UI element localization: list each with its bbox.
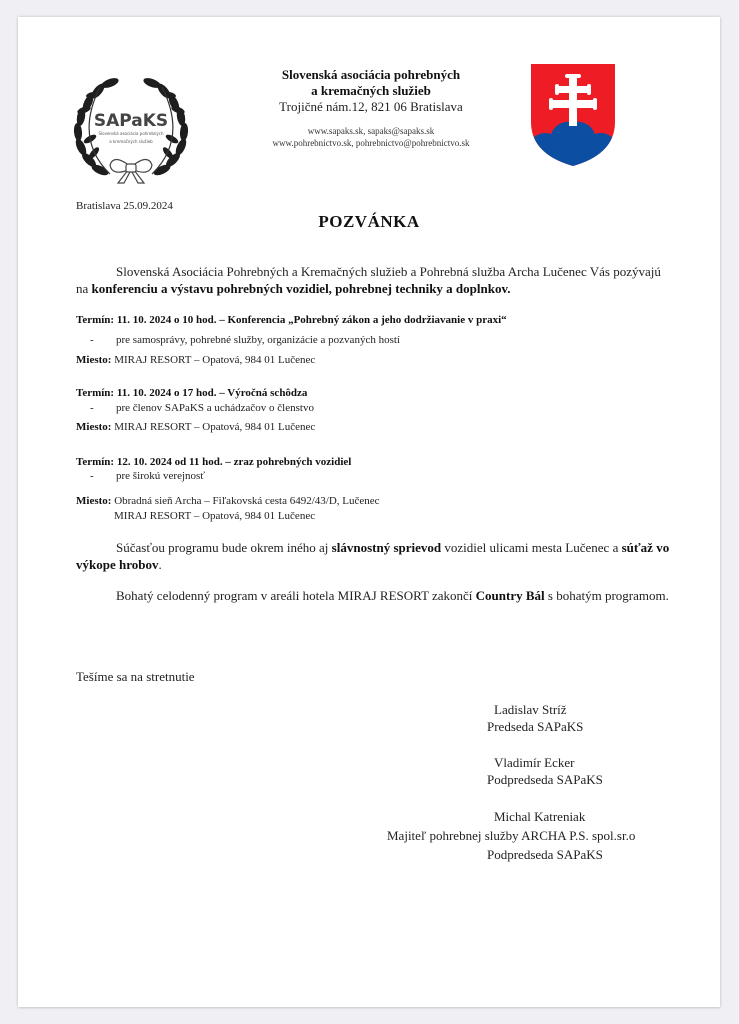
termin-label: Termín: xyxy=(76,387,114,399)
miesto-text: MIRAJ RESORT – Opatová, 984 01 Lučenec xyxy=(114,354,315,366)
audience-text: pre členov SAPaKS a uchádzačov o členstv… xyxy=(116,402,314,414)
signature-1-role: Predseda SAPaKS xyxy=(487,718,583,735)
event-2-audience: -pre členov SAPaKS a uchádzačov o členst… xyxy=(90,401,314,415)
miesto-label: Miesto: xyxy=(76,354,111,366)
miesto-label: Miesto: xyxy=(76,421,111,433)
sapaks-logo: SAPaKS Slovenská asociácia pohrebných a … xyxy=(70,69,192,185)
logo-text: SAPaKS xyxy=(70,111,192,131)
org-name-line-1: Slovenská asociácia pohrebných xyxy=(256,67,486,83)
slovak-coat-of-arms-icon xyxy=(529,62,617,168)
organization-header: Slovenská asociácia pohrebných a kremačn… xyxy=(256,67,486,149)
event-2-termin: Termín: 11. 10. 2024 o 17 hod. – Výročná… xyxy=(76,386,696,400)
logo-subtext-2: a kremačných služieb xyxy=(96,139,166,145)
audience-text: pre širokú verejnosť xyxy=(116,470,205,482)
signature-3-role-2: Podpredseda SAPaKS xyxy=(487,846,603,863)
closing-line: Tešíme sa na stretnutie xyxy=(76,669,195,685)
event-1-miesto: Miesto: MIRAJ RESORT – Opatová, 984 01 L… xyxy=(76,353,315,367)
program-paragraph-1: Súčasťou programu bude okrem iného aj sl… xyxy=(76,539,676,573)
program-text: s bohatým programom. xyxy=(545,588,669,603)
event-3-audience: -pre širokú verejnosť xyxy=(90,469,205,483)
termin-text: 11. 10. 2024 o 10 hod. – Konferencia „Po… xyxy=(117,314,507,326)
termin-text: 12. 10. 2024 od 11 hod. – zraz pohrebnýc… xyxy=(117,456,351,468)
logo-subtext-1: Slovenská asociácia pohrebných xyxy=(96,131,166,137)
org-web-line-2: www.pohrebnictvo.sk, pohrebnictvo@pohreb… xyxy=(256,137,486,149)
event-3-miesto: Miesto: Obradná sieň Archa – Fiľakovská … xyxy=(76,494,380,508)
intro-paragraph: Slovenská Asociácia Pohrebných a Kremačn… xyxy=(76,263,676,297)
bullet-dash: - xyxy=(90,469,116,483)
event-3-termin: Termín: 12. 10. 2024 od 11 hod. – zraz p… xyxy=(76,455,696,469)
program-bold-parade: slávnostný sprievod xyxy=(332,540,441,555)
org-address: Trojičné nám.12, 821 06 Bratislava xyxy=(256,99,486,115)
program-text: Súčasťou programu bude okrem iného aj xyxy=(116,540,332,555)
program-text: Bohatý celodenný program v areáli hotela… xyxy=(116,588,476,603)
program-text: . xyxy=(158,557,161,572)
signature-2-name: Vladimír Ecker xyxy=(494,754,575,771)
event-2-miesto: Miesto: MIRAJ RESORT – Opatová, 984 01 L… xyxy=(76,420,315,434)
letter-date: Bratislava 25.09.2024 xyxy=(76,200,173,212)
bullet-dash: - xyxy=(90,401,116,415)
program-text: vozidiel ulicami mesta Lučenec a xyxy=(441,540,621,555)
miesto-text: MIRAJ RESORT – Opatová, 984 01 Lučenec xyxy=(114,421,315,433)
miesto-label: Miesto: xyxy=(76,495,111,507)
document-page: SAPaKS Slovenská asociácia pohrebných a … xyxy=(18,17,720,1007)
intro-bold-text: konferenciu a výstavu pohrebných vozidie… xyxy=(92,281,511,296)
org-web-line-1: www.sapaks.sk, sapaks@sapaks.sk xyxy=(256,125,486,137)
termin-text: 11. 10. 2024 o 17 hod. – Výročná schôdza xyxy=(117,387,308,399)
signature-3-name: Michal Katreniak xyxy=(494,808,585,825)
event-1-termin: Termín: 11. 10. 2024 o 10 hod. – Konfere… xyxy=(76,313,696,327)
termin-label: Termín: xyxy=(76,456,114,468)
program-paragraph-2: Bohatý celodenný program v areáli hotela… xyxy=(76,587,676,604)
audience-text: pre samosprávy, pohrebné služby, organiz… xyxy=(116,334,400,346)
termin-label: Termín: xyxy=(76,314,114,326)
event-1-audience: -pre samosprávy, pohrebné služby, organi… xyxy=(90,333,400,347)
signature-3-role-1: Majiteľ pohrebnej služby ARCHA P.S. spol… xyxy=(387,827,635,844)
event-3-miesto-line-2: MIRAJ RESORT – Opatová, 984 01 Lučenec xyxy=(114,509,315,523)
letter-title: POZVÁNKA xyxy=(18,212,720,232)
program-bold-country-ball: Country Bál xyxy=(476,588,545,603)
bullet-dash: - xyxy=(90,333,116,347)
miesto-text: Obradná sieň Archa – Fiľakovská cesta 64… xyxy=(114,495,379,507)
org-name-line-2: a kremačných služieb xyxy=(256,83,486,99)
signature-2-role: Podpredseda SAPaKS xyxy=(487,771,603,788)
signature-1-name: Ladislav Stríž xyxy=(494,701,567,718)
